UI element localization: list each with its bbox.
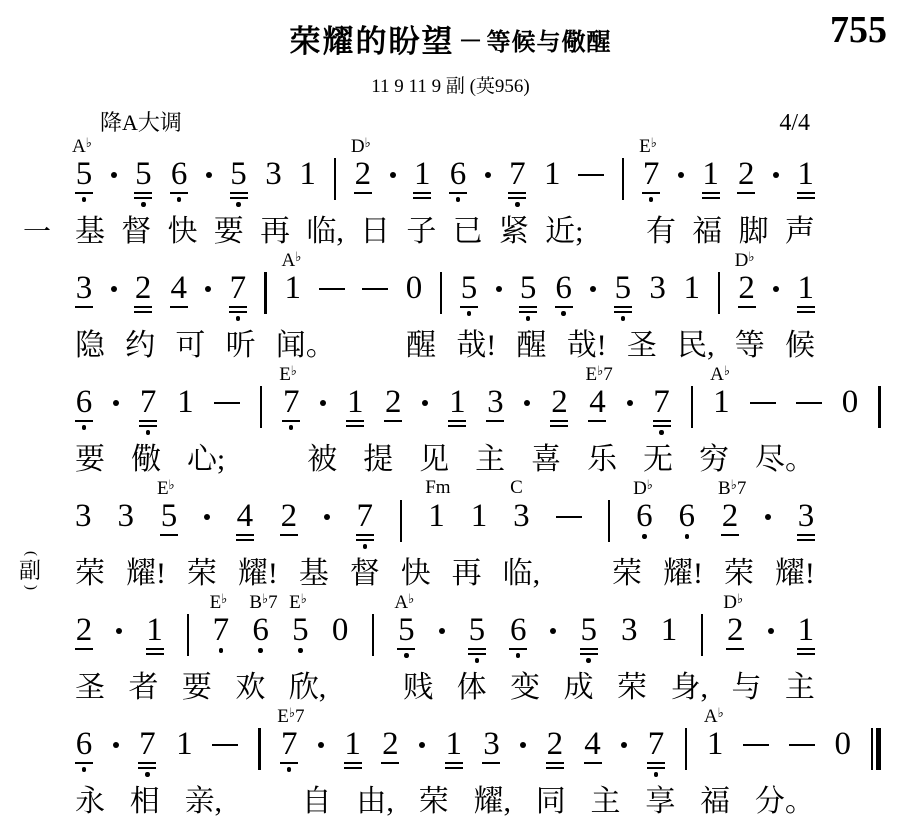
note-underline <box>134 197 152 199</box>
note: 5 <box>292 615 309 653</box>
note-cell: 2 <box>550 387 568 427</box>
lyric-syllable: 耀! <box>238 557 278 593</box>
note-cell: 1 <box>797 159 815 199</box>
barline <box>260 386 263 428</box>
note-underline <box>797 306 815 308</box>
note: 5 <box>614 273 632 321</box>
note: 1 <box>544 159 561 189</box>
lyric-syllable: 基 <box>299 557 329 593</box>
note-underline <box>346 420 364 422</box>
note-digit: 1 <box>797 159 814 189</box>
flat-symbol: ♭ <box>365 135 371 150</box>
octave-dot-low <box>526 316 531 321</box>
note-cell: 2 <box>280 501 298 536</box>
augmentation-dot <box>113 742 119 748</box>
note-digit: 6 <box>76 729 93 759</box>
note-cell: 1 <box>346 387 364 427</box>
note-cell: 4 <box>170 273 188 308</box>
note-cell: E♭7 <box>642 159 660 202</box>
note-digit: 1 <box>713 387 730 417</box>
note-underline <box>468 648 486 650</box>
barline <box>608 500 611 542</box>
lyric-syllable: 主 <box>591 785 621 821</box>
note-digit: 1 <box>683 273 700 303</box>
note-cell: 1 <box>797 615 815 655</box>
chord-label: E♭ <box>289 592 307 612</box>
note-cell <box>685 729 688 770</box>
note-digit: 2 <box>76 615 93 645</box>
note: 7 <box>642 159 660 202</box>
note: 2 <box>75 615 93 650</box>
note-cell: 1 <box>661 615 678 645</box>
note-cell: 0 <box>842 387 859 417</box>
chord-label: E♭ <box>639 136 657 156</box>
note-underline <box>75 420 93 422</box>
refrain-marker: (副) <box>19 549 41 592</box>
note-cell: 7 <box>647 729 665 777</box>
augmentation-dot <box>768 628 774 634</box>
note: 2 <box>354 159 372 194</box>
augmentation-dot <box>206 172 212 178</box>
note-cell: A♭1 <box>707 729 724 759</box>
octave-dot-low <box>236 202 241 207</box>
note-cell <box>324 501 330 520</box>
note: 7 <box>282 387 300 430</box>
augmentation-dot <box>113 400 119 406</box>
note-cell: 6 <box>75 729 93 772</box>
note: 0 <box>842 387 859 417</box>
note-cell <box>320 387 326 406</box>
note-underline <box>138 767 156 769</box>
note-cell <box>113 387 119 406</box>
note-underline <box>160 534 178 536</box>
note: 7 <box>229 273 247 321</box>
score: A♭556531D♭21671E♭7121一基督快要再临,日子已紧近;有福脚声3… <box>75 159 901 821</box>
lyric-syllable: 耀! <box>126 557 166 593</box>
lyric-syllable: 提 <box>363 443 393 479</box>
note-cell <box>334 159 337 200</box>
note-cell <box>691 387 694 428</box>
note-underline <box>282 420 300 422</box>
note-underline <box>588 420 606 422</box>
lyric-syllable: 要 <box>214 215 244 251</box>
notation-row: 671E♭771213247A♭10 <box>75 729 881 777</box>
note: 2 <box>738 273 756 308</box>
notation-row: 33E♭5427Fm11C3D♭66B♭723 <box>75 501 815 549</box>
note-digit: 2 <box>551 387 568 417</box>
lyric-syllable: 圣 <box>75 671 105 707</box>
key-row: 降A大调 4/4 <box>100 106 810 137</box>
note-digit: 6 <box>171 159 188 189</box>
lyric-syllable: 可 <box>175 329 205 365</box>
note-digit: 3 <box>487 387 504 417</box>
note-digit: 2 <box>547 729 564 759</box>
note-cell <box>362 273 388 290</box>
note-digit: 2 <box>382 729 399 759</box>
note-underline <box>413 197 431 199</box>
lyric-syllable: 日 <box>360 215 390 251</box>
note-underline <box>614 311 632 313</box>
note-underline <box>448 420 466 422</box>
chord-label: E♭7 <box>277 706 304 726</box>
octave-dot-low <box>659 430 664 435</box>
chord-label: C <box>510 478 523 497</box>
note-cell: 6 <box>449 159 467 202</box>
note-digit: 1 <box>176 729 193 759</box>
note: 1 <box>299 159 316 189</box>
lyric-syllable: 体 <box>457 671 487 707</box>
note: 0 <box>332 615 349 645</box>
lyric-syllable: 尽。 <box>755 443 815 479</box>
lyric-row: (副)荣耀!荣耀!基督快再临,荣耀!荣耀! <box>75 557 815 593</box>
lyric-syllable: 贱 <box>403 671 433 707</box>
note-cell: 3 <box>75 501 92 531</box>
notation-row: 3247A♭10556531D♭21 <box>75 273 815 321</box>
note-cell: 1 <box>177 387 194 417</box>
note: 3 <box>75 501 92 531</box>
lyric-syllable: 紧 <box>499 215 529 251</box>
note: 6 <box>170 159 188 202</box>
chord-label: E♭ <box>210 592 228 612</box>
note-cell: 5 <box>519 273 537 321</box>
lyric-syllable: 穷 <box>699 443 729 479</box>
note-digit: 1 <box>146 615 163 645</box>
note-cell <box>318 729 324 748</box>
note-cell <box>212 729 238 746</box>
lyric-syllable: 等 <box>735 329 765 365</box>
hymn-page: 755 荣耀的盼望－等候与儆醒 11 9 11 9 副 (英956) 降A大调 … <box>0 0 901 825</box>
note-underline <box>702 192 720 194</box>
note-digit: 6 <box>555 273 572 303</box>
lyric-syllable: 心; <box>187 443 225 479</box>
barline <box>718 272 721 314</box>
flat-symbol: ♭ <box>86 135 92 150</box>
note-digit: 5 <box>230 159 247 189</box>
title-row: 荣耀的盼望－等候与儆醒 <box>0 0 901 61</box>
note-digit: 5 <box>292 615 309 645</box>
note-cell: A♭5 <box>75 159 93 202</box>
note-digit: 0 <box>842 387 859 417</box>
note: 1 <box>797 273 815 313</box>
note-digit: 4 <box>237 501 254 531</box>
note: 3 <box>75 273 93 308</box>
note: 5 <box>75 159 93 202</box>
note-underline <box>381 762 399 764</box>
note-digit: 6 <box>679 501 696 531</box>
music-system: 21E♭7B♭76E♭50A♭556531D♭21圣者要欢欣,贱体变成荣身,与主 <box>75 615 901 707</box>
note-cell: 1 <box>471 501 488 531</box>
note-cell: 2 <box>134 273 152 313</box>
note-underline <box>738 306 756 308</box>
music-system: A♭556531D♭21671E♭7121一基督快要再临,日子已紧近;有福脚声 <box>75 159 901 251</box>
note-cell <box>621 729 627 748</box>
note-cell: E♭7 <box>213 615 230 653</box>
lyric-syllable: 基 <box>75 215 105 251</box>
note-cell: 4 <box>236 501 254 541</box>
note: 5 <box>468 615 486 663</box>
note: 3 <box>482 729 500 764</box>
lyric-syllable: 临, <box>503 557 541 593</box>
note-underline <box>797 534 815 536</box>
refrain-label: 副 <box>19 558 41 583</box>
note-digit: 7 <box>648 729 665 759</box>
note: 1 <box>176 729 193 759</box>
augmentation-dot <box>550 628 556 634</box>
note-cell: 3 <box>649 273 666 303</box>
note: 1 <box>661 615 678 645</box>
note-digit: 1 <box>661 615 678 645</box>
meter-line: 11 9 11 9 副 (英956) <box>0 71 901 98</box>
lyric-syllable: 快 <box>401 557 431 593</box>
augmentation-dot <box>116 628 122 634</box>
note-cell <box>111 273 117 292</box>
page-title: 荣耀的盼望 <box>290 24 455 59</box>
chord-label: E♭ <box>157 478 175 498</box>
note: 5 <box>397 615 415 658</box>
note: 7 <box>139 387 157 435</box>
note-cell <box>550 615 556 634</box>
octave-dot-low <box>642 534 647 539</box>
note: 5 <box>460 273 478 316</box>
lyric-syllable: 已 <box>453 215 483 251</box>
extension-dash <box>578 174 604 176</box>
flat-symbol: ♭ <box>737 591 743 606</box>
augmentation-dot <box>422 400 428 406</box>
note-digit: 0 <box>332 615 349 645</box>
extension-dash <box>319 288 345 290</box>
lyric-syllable: 主 <box>475 443 505 479</box>
final-barline-thick <box>876 728 881 770</box>
note: 1 <box>707 729 724 759</box>
note-cell: B♭72 <box>721 501 739 536</box>
octave-dot-low <box>654 772 659 777</box>
note-cell: E♭74 <box>588 387 606 422</box>
flat-symbol: ♭ <box>724 363 730 378</box>
lyric-syllable: 快 <box>168 215 198 251</box>
lyric-spacer <box>247 785 277 821</box>
lyric-syllable: 约 <box>125 329 155 365</box>
octave-dot-low <box>515 202 520 207</box>
note: 5 <box>580 615 598 663</box>
note-cell <box>258 729 261 770</box>
augmentation-dot <box>318 742 324 748</box>
note-cell: 7 <box>508 159 526 207</box>
lyric-syllable: 自 <box>302 785 332 821</box>
lyric-syllable: 临, <box>306 215 344 251</box>
note-underline <box>702 197 720 199</box>
note: 2 <box>721 501 739 536</box>
note-cell: 2 <box>546 729 564 769</box>
note: 2 <box>134 273 152 313</box>
note-cell <box>524 387 530 406</box>
note: 2 <box>546 729 564 769</box>
chord-label: E♭ <box>279 364 297 384</box>
chord-label: D♭ <box>633 478 653 498</box>
lyric-syllable: 变 <box>510 671 540 707</box>
lyric-spacer <box>350 671 380 707</box>
note: 3 <box>486 387 504 422</box>
time-signature: 4/4 <box>779 110 810 137</box>
note-cell <box>796 387 822 404</box>
note-cell <box>440 273 443 314</box>
note-underline <box>508 197 526 199</box>
octave-dot-low <box>82 197 87 202</box>
note: 1 <box>146 615 164 655</box>
note: 4 <box>236 501 254 541</box>
note-underline <box>482 762 500 764</box>
lyric-syllable: 耀, <box>473 785 511 821</box>
note-cell: 3 <box>265 159 282 189</box>
note-digit: 7 <box>140 387 157 417</box>
octave-dot-low <box>141 202 146 207</box>
note-cell <box>116 615 122 634</box>
note-digit: 6 <box>510 615 527 645</box>
lyric-syllable: 耀! <box>775 557 815 593</box>
note-digit: 3 <box>621 615 638 645</box>
note-digit: 1 <box>347 387 364 417</box>
flat-symbol: ♭ <box>597 363 603 378</box>
note-underline <box>354 192 372 194</box>
note-underline <box>344 767 362 769</box>
note-underline <box>460 306 478 308</box>
lyric-row: 圣者要欢欣,贱体变成荣身,与主 <box>75 671 815 707</box>
octave-dot-low <box>586 658 591 663</box>
note: 6 <box>679 501 696 539</box>
octave-dot-low <box>649 197 654 202</box>
lyric-syllable: 荣 <box>724 557 754 593</box>
note-cell <box>622 159 625 200</box>
note-digit: 1 <box>428 501 445 531</box>
note-underline <box>653 420 671 422</box>
note-digit: 6 <box>252 615 269 645</box>
barline <box>187 614 190 656</box>
note-underline <box>384 420 402 422</box>
note-cell <box>400 501 403 542</box>
note: 5 <box>160 501 178 536</box>
hymn-number: 755 <box>830 8 887 52</box>
flat-symbol: ♭ <box>295 249 301 264</box>
notation-row: 21E♭7B♭76E♭50A♭556531D♭21 <box>75 615 815 663</box>
note-digit: 5 <box>398 615 415 645</box>
note-cell: 7 <box>653 387 671 435</box>
notation-row: 671E♭712132E♭747A♭10 <box>75 387 881 435</box>
note-cell: C3 <box>513 501 530 531</box>
note: 4 <box>588 387 606 422</box>
note: 3 <box>513 501 530 531</box>
note-cell: 5 <box>614 273 632 321</box>
note-cell: 7 <box>356 501 374 549</box>
lyric-syllable: 喜 <box>531 443 561 479</box>
note-underline <box>75 306 93 308</box>
chord-label: A♭ <box>72 136 92 156</box>
note: 2 <box>726 615 744 650</box>
note-underline <box>580 648 598 650</box>
chord-label: Fm <box>425 478 450 497</box>
note-cell: 1 <box>445 729 463 769</box>
barline <box>685 728 688 770</box>
note-underline <box>397 648 415 650</box>
note-cell: 1 <box>797 273 815 313</box>
note-underline <box>642 192 660 194</box>
note-cell: 3 <box>797 501 815 541</box>
note-cell: E♭5 <box>292 615 309 653</box>
lyric-syllable: 子 <box>406 215 436 251</box>
note-underline <box>486 420 504 422</box>
barline <box>691 386 694 428</box>
lyric-syllable: 身, <box>670 671 708 707</box>
note-digit: 1 <box>798 615 815 645</box>
note: 1 <box>445 729 463 769</box>
note-underline <box>346 425 364 427</box>
note-underline <box>508 192 526 194</box>
note-cell <box>372 615 375 656</box>
octave-dot-low <box>177 197 182 202</box>
lyric-syllable: 隐 <box>75 329 105 365</box>
note-digit: 3 <box>483 729 500 759</box>
note-cell: E♭77 <box>280 729 298 772</box>
note-cell <box>590 273 596 292</box>
music-system: 33E♭5427Fm11C3D♭66B♭723(副)荣耀!荣耀!基督快再临,荣耀… <box>75 501 901 593</box>
note-cell <box>205 273 211 292</box>
lyric-syllable: 乐 <box>587 443 617 479</box>
note-underline <box>134 192 152 194</box>
note-underline <box>280 534 298 536</box>
note-cell: A♭5 <box>397 615 415 658</box>
note-underline <box>797 539 815 541</box>
note: 1 <box>344 729 362 769</box>
note: 2 <box>384 387 402 422</box>
note-digit: 5 <box>469 615 486 645</box>
note-underline <box>647 767 665 769</box>
note: 1 <box>797 159 815 199</box>
note-underline <box>448 425 466 427</box>
note-digit: 1 <box>449 387 466 417</box>
note-digit: 1 <box>285 273 302 303</box>
note-cell: 1 <box>344 729 362 769</box>
lyric-syllable: 荣 <box>187 557 217 593</box>
lyric-syllable: 闻。 <box>276 329 336 365</box>
note: 4 <box>170 273 188 308</box>
note-cell <box>765 501 771 520</box>
augmentation-dot <box>627 400 633 406</box>
note-cell: 1 <box>413 159 431 199</box>
barline <box>258 728 261 770</box>
note-underline <box>146 653 164 655</box>
note-underline <box>550 425 568 427</box>
note-digit: 7 <box>230 273 247 303</box>
lyric-spacer <box>251 443 281 479</box>
note-underline <box>546 762 564 764</box>
note-underline <box>138 762 156 764</box>
note: 0 <box>834 729 851 759</box>
note-underline <box>413 192 431 194</box>
lyric-syllable: 近; <box>545 215 583 251</box>
chord-label: B♭7 <box>249 592 277 612</box>
note-cell: 3 <box>75 273 93 308</box>
octave-dot-low <box>236 316 241 321</box>
note-digit: 2 <box>355 159 372 189</box>
note-digit: 3 <box>76 273 93 303</box>
note-digit: 3 <box>265 159 282 189</box>
note-digit: 7 <box>643 159 660 189</box>
note-underline <box>726 648 744 650</box>
lyric-syllable: 督 <box>350 557 380 593</box>
note-underline <box>797 648 815 650</box>
note-digit: 1 <box>299 159 316 189</box>
octave-dot-low <box>82 425 87 430</box>
chord-label: D♭ <box>351 136 371 156</box>
note-digit: 5 <box>520 273 537 303</box>
